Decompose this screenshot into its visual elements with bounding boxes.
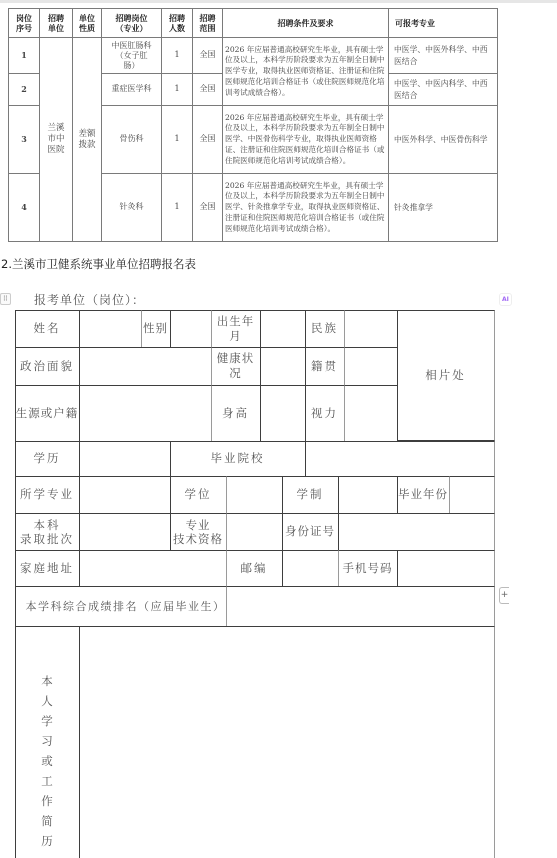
education-field[interactable] — [79, 441, 171, 477]
label-vision: 视力 — [305, 385, 345, 442]
unit-type: 差额 拨款 — [73, 38, 102, 242]
label-id-number: 身份证号 — [282, 513, 339, 551]
mobile-field[interactable] — [397, 550, 495, 587]
resume-char: 简 — [41, 811, 53, 831]
label-education: 学历 — [15, 441, 80, 477]
post-count: 1 — [162, 38, 193, 74]
post-no: 3 — [9, 106, 40, 174]
label-tech-qualification: 专业 技术资格 — [170, 513, 227, 551]
post-scope: 全国 — [193, 74, 223, 106]
label-household: 生源或户籍 — [15, 385, 80, 442]
admission-batch-field[interactable] — [79, 513, 171, 551]
height-field[interactable] — [260, 385, 306, 442]
header-requirements: 招聘条件及要求 — [223, 9, 389, 38]
schooling-years-field[interactable] — [338, 476, 398, 514]
post-name: 重症医学科 — [102, 74, 162, 106]
table-row: 1 兰溪 市中 医院 差额 拨款 中医肛肠科 （女子肛 肠） 1 全国 2026… — [9, 38, 498, 74]
recruiting-unit: 兰溪 市中 医院 — [40, 38, 73, 242]
header-count: 招聘 人数 — [162, 9, 193, 38]
health-field[interactable] — [260, 347, 306, 386]
post-name: 针灸科 — [102, 174, 162, 242]
label-name: 姓名 — [15, 310, 80, 348]
vision-field[interactable] — [344, 385, 398, 442]
label-grad-year: 毕业年份 — [397, 476, 450, 514]
resume-char: 工 — [41, 771, 53, 791]
label-resume: 本 人 学 习 或 工 作 简 历 — [15, 626, 80, 858]
id-number-field[interactable] — [338, 513, 495, 551]
post-name: 中医肛肠科 （女子肛 肠） — [102, 38, 162, 74]
postcode-field[interactable] — [282, 550, 339, 587]
label-birth: 出生年月 — [211, 310, 261, 348]
post-no: 2 — [9, 74, 40, 106]
header-scope: 招聘 范围 — [193, 9, 223, 38]
post-scope: 全国 — [193, 106, 223, 174]
major-field[interactable] — [79, 476, 171, 514]
header-unit-type: 单位 性质 — [73, 9, 102, 38]
post-requirements: 2026 年应届普通高校研究生毕业，具有硕士学位及以上，本科学历阶段要求为五年制… — [223, 174, 389, 242]
birth-field[interactable] — [260, 310, 306, 348]
label-ranking: 本学科综合成绩排名（应届毕业生） — [15, 586, 227, 627]
add-row-button[interactable]: + — [499, 587, 509, 604]
post-requirements: 2026 年应届普通高校研究生毕业，具有硕士学位及以上，本科学历阶段要求为五年制… — [223, 38, 389, 106]
label-ethnicity: 民族 — [305, 310, 345, 348]
post-majors: 中医外科学、中医骨伤科学 — [389, 106, 498, 174]
label-mobile: 手机号码 — [338, 550, 398, 587]
label-gender: 性别 — [141, 310, 171, 348]
post-requirements: 2026 年应届普通高校研究生毕业，具有硕士学位及以上，本科学历阶段要求为五年制… — [223, 106, 389, 174]
header-unit: 招聘 单位 — [40, 9, 73, 38]
label-degree: 学位 — [170, 476, 227, 514]
label-major: 所学专业 — [15, 476, 80, 514]
post-count: 1 — [162, 74, 193, 106]
label-political: 政治面貌 — [15, 347, 80, 386]
table-header-row: 岗位 序号 招聘 单位 单位 性质 招聘岗位 （专业） 招聘 人数 招聘 范围 … — [9, 9, 498, 38]
post-scope: 全国 — [193, 38, 223, 74]
header-post-no: 岗位 序号 — [9, 9, 40, 38]
post-count: 1 — [162, 174, 193, 242]
ranking-field[interactable] — [226, 586, 495, 627]
label-address: 家庭地址 — [15, 550, 80, 587]
resume-char: 或 — [41, 751, 53, 771]
resume-field[interactable] — [79, 626, 495, 858]
label-height: 身高 — [211, 385, 261, 442]
post-scope: 全国 — [193, 174, 223, 242]
recruitment-table: 岗位 序号 招聘 单位 单位 性质 招聘岗位 （专业） 招聘 人数 招聘 范围 … — [8, 8, 498, 242]
label-health: 健康状况 — [211, 347, 261, 386]
post-no: 4 — [9, 174, 40, 242]
resume-char: 本 — [41, 671, 53, 691]
label-native-place: 籍贯 — [305, 347, 345, 386]
section-title: 2.兰溪市卫健系统事业单位招聘报名表 — [1, 256, 196, 272]
gender-field[interactable] — [170, 310, 212, 348]
ethnicity-field[interactable] — [344, 310, 398, 348]
header-post: 招聘岗位 （专业） — [102, 9, 162, 38]
label-postcode: 邮编 — [226, 550, 283, 587]
apply-unit-label: 报考单位（岗位）： — [34, 291, 145, 308]
header-majors: 可报考专业 — [389, 9, 498, 38]
native-place-field[interactable] — [344, 347, 398, 386]
resume-char: 习 — [41, 731, 53, 751]
post-majors: 中医学、中医外科学、中西医结合 — [389, 38, 498, 74]
tech-qualification-field[interactable] — [226, 513, 283, 551]
post-count: 1 — [162, 106, 193, 174]
post-no: 1 — [9, 38, 40, 74]
label-school: 毕业院校 — [170, 441, 306, 477]
top-toolbar-edge — [0, 0, 557, 3]
address-field[interactable] — [79, 550, 227, 587]
label-schooling-years: 学制 — [282, 476, 339, 514]
resume-char: 历 — [41, 831, 53, 851]
photo-area[interactable]: 相片处 — [397, 310, 495, 441]
post-majors: 针灸推拿学 — [389, 174, 498, 242]
resume-char: 作 — [41, 791, 53, 811]
degree-field[interactable] — [226, 476, 283, 514]
household-field[interactable] — [79, 385, 212, 442]
resume-char: 人 — [41, 691, 53, 711]
label-admission-batch: 本科 录取批次 — [15, 513, 80, 551]
post-majors: 中医学、中医内科学、中西医结合 — [389, 74, 498, 106]
table-drag-handle-icon[interactable]: ⠿ — [0, 293, 11, 305]
grad-year-field[interactable] — [449, 476, 495, 514]
ai-assistant-icon[interactable]: AI — [499, 293, 512, 306]
post-name: 骨伤科 — [102, 106, 162, 174]
school-field[interactable] — [305, 441, 495, 477]
resume-char: 学 — [41, 711, 53, 731]
name-field[interactable] — [79, 310, 142, 348]
political-field[interactable] — [79, 347, 212, 386]
